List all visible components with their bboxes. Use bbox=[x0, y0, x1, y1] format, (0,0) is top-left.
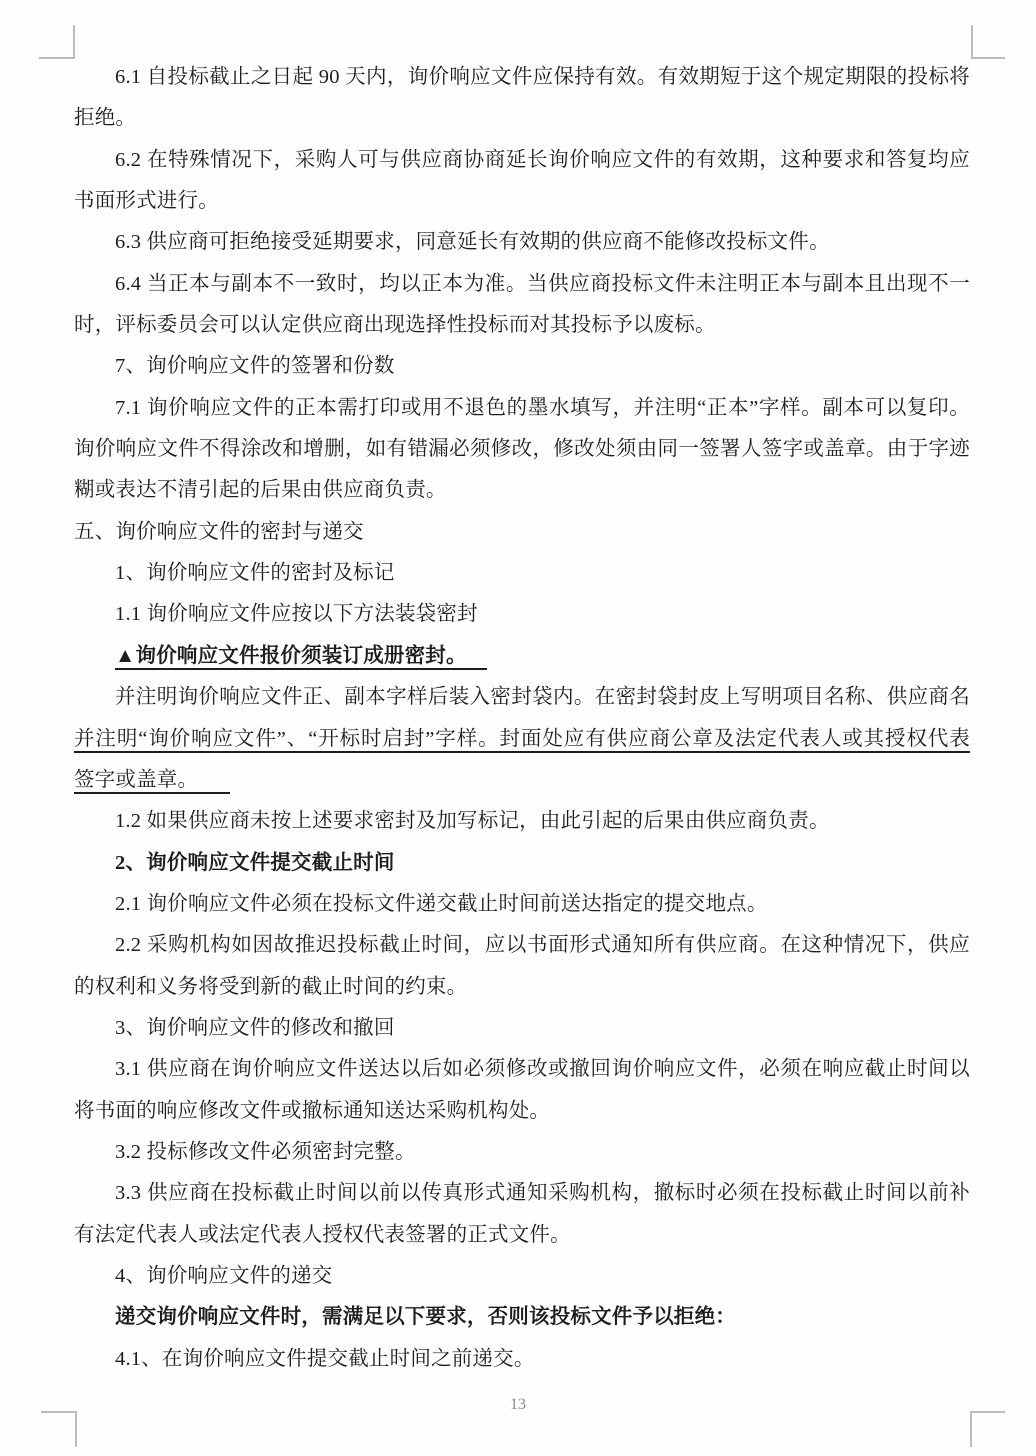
text-line: 拒绝。 bbox=[74, 98, 970, 139]
text-line: 的权利和义务将受到新的截止时间的约束。 bbox=[74, 967, 970, 1008]
text-line: 询价响应文件不得涂改和增删，如有错漏必须修改，修改处须由同一签署人签字或盖章。由… bbox=[74, 429, 970, 470]
text-line: 6.3 供应商可拒绝接受延期要求，同意延长有效期的供应商不能修改投标文件。 bbox=[74, 222, 970, 263]
text-line: 2.1 询价响应文件必须在投标文件递交截止时间前送达指定的提交地点。 bbox=[74, 884, 970, 925]
text-line: 4.1、在询价响应文件提交截止时间之前递交。 bbox=[74, 1339, 970, 1380]
underlined-text: ▲询价响应文件报价须装订成册密封。 bbox=[115, 645, 487, 670]
text-line: 7.1 询价响应文件的正本需打印或用不退色的墨水填写，并注明“正本”字样。副本可… bbox=[74, 388, 970, 429]
text-line: 6.1 自投标截止之日起 90 天内，询价响应文件应保持有效。有效期短于这个规定… bbox=[74, 57, 970, 98]
text-line: 时，评标委员会可以认定供应商出现选择性投标而对其投标予以废标。 bbox=[74, 305, 970, 346]
text-line: 6.4 当正本与副本不一致时，均以正本为准。当供应商投标文件未注明正本与副本且出… bbox=[74, 264, 970, 305]
text-line: 1.2 如果供应商未按上述要求密封及加写标记，由此引起的后果由供应商负责。 bbox=[74, 801, 970, 842]
text-line: 将书面的响应修改文件或撤标通知送达采购机构处。 bbox=[74, 1091, 970, 1132]
text-line: 3.1 供应商在询价响应文件送达以后如必须修改或撤回询价响应文件，必须在响应截止… bbox=[74, 1049, 970, 1090]
text-line: 1、询价响应文件的密封及标记 bbox=[74, 553, 970, 594]
text-line: 有法定代表人或法定代表人授权代表签署的正式文件。 bbox=[74, 1215, 970, 1256]
text-line: 4、询价响应文件的递交 bbox=[74, 1256, 970, 1297]
underlined-text: 签字或盖章。 bbox=[74, 769, 230, 794]
text-line: 签字或盖章。 bbox=[74, 760, 970, 801]
page-number: 13 bbox=[0, 1396, 1036, 1414]
bold-text: 递交询价响应文件时，需满足以下要求，否则该投标文件予以拒绝： bbox=[115, 1306, 736, 1328]
text-boundary-mark-bottom-right bbox=[970, 1411, 1005, 1447]
text-line: 递交询价响应文件时，需满足以下要求，否则该投标文件予以拒绝： bbox=[74, 1297, 970, 1338]
document-body: 6.1 自投标截止之日起 90 天内，询价响应文件应保持有效。有效期短于这个规定… bbox=[74, 57, 970, 1380]
text-line: 并注明“询价响应文件”、“开标时启封”字样。封面处应有供应商公章及法定代表人或其… bbox=[74, 719, 970, 760]
text-boundary-mark-top-right bbox=[971, 25, 1005, 59]
text-boundary-mark-bottom-left bbox=[41, 1411, 77, 1447]
text-line: 7、询价响应文件的签署和份数 bbox=[74, 346, 970, 387]
text-line: 书面形式进行。 bbox=[74, 181, 970, 222]
text-line: 2.2 采购机构如因故推迟投标截止时间，应以书面形式通知所有供应商。在这种情况下… bbox=[74, 925, 970, 966]
text-line: 并注明询价响应文件正、副本字样后装入密封袋内。在密封袋封皮上写明项目名称、供应商… bbox=[74, 677, 970, 718]
document-page: 6.1 自投标截止之日起 90 天内，询价响应文件应保持有效。有效期短于这个规定… bbox=[0, 0, 1036, 1456]
underlined-text: 并注明“询价响应文件”、“开标时启封”字样。封面处应有供应商公章及法定代表人或其… bbox=[74, 728, 970, 753]
text-boundary-mark-top-left bbox=[39, 25, 75, 59]
text-line: 糊或表达不清引起的后果由供应商负责。 bbox=[74, 470, 970, 511]
text-line: 3、询价响应文件的修改和撤回 bbox=[74, 1008, 970, 1049]
text-line: ▲询价响应文件报价须装订成册密封。 bbox=[74, 636, 970, 677]
text-line: 2、询价响应文件提交截止时间 bbox=[74, 843, 970, 884]
text-line: 3.2 投标修改文件必须密封完整。 bbox=[74, 1132, 970, 1173]
text-line: 五、询价响应文件的密封与递交 bbox=[74, 512, 970, 553]
bold-text: 2、询价响应文件提交截止时间 bbox=[115, 852, 395, 874]
text-line: 1.1 询价响应文件应按以下方法装袋密封 bbox=[74, 594, 970, 635]
text-line: 3.3 供应商在投标截止时间以前以传真形式通知采购机构，撤标时必须在投标截止时间… bbox=[74, 1173, 970, 1214]
text-line: 6.2 在特殊情况下，采购人可与供应商协商延长询价响应文件的有效期，这种要求和答… bbox=[74, 140, 970, 181]
